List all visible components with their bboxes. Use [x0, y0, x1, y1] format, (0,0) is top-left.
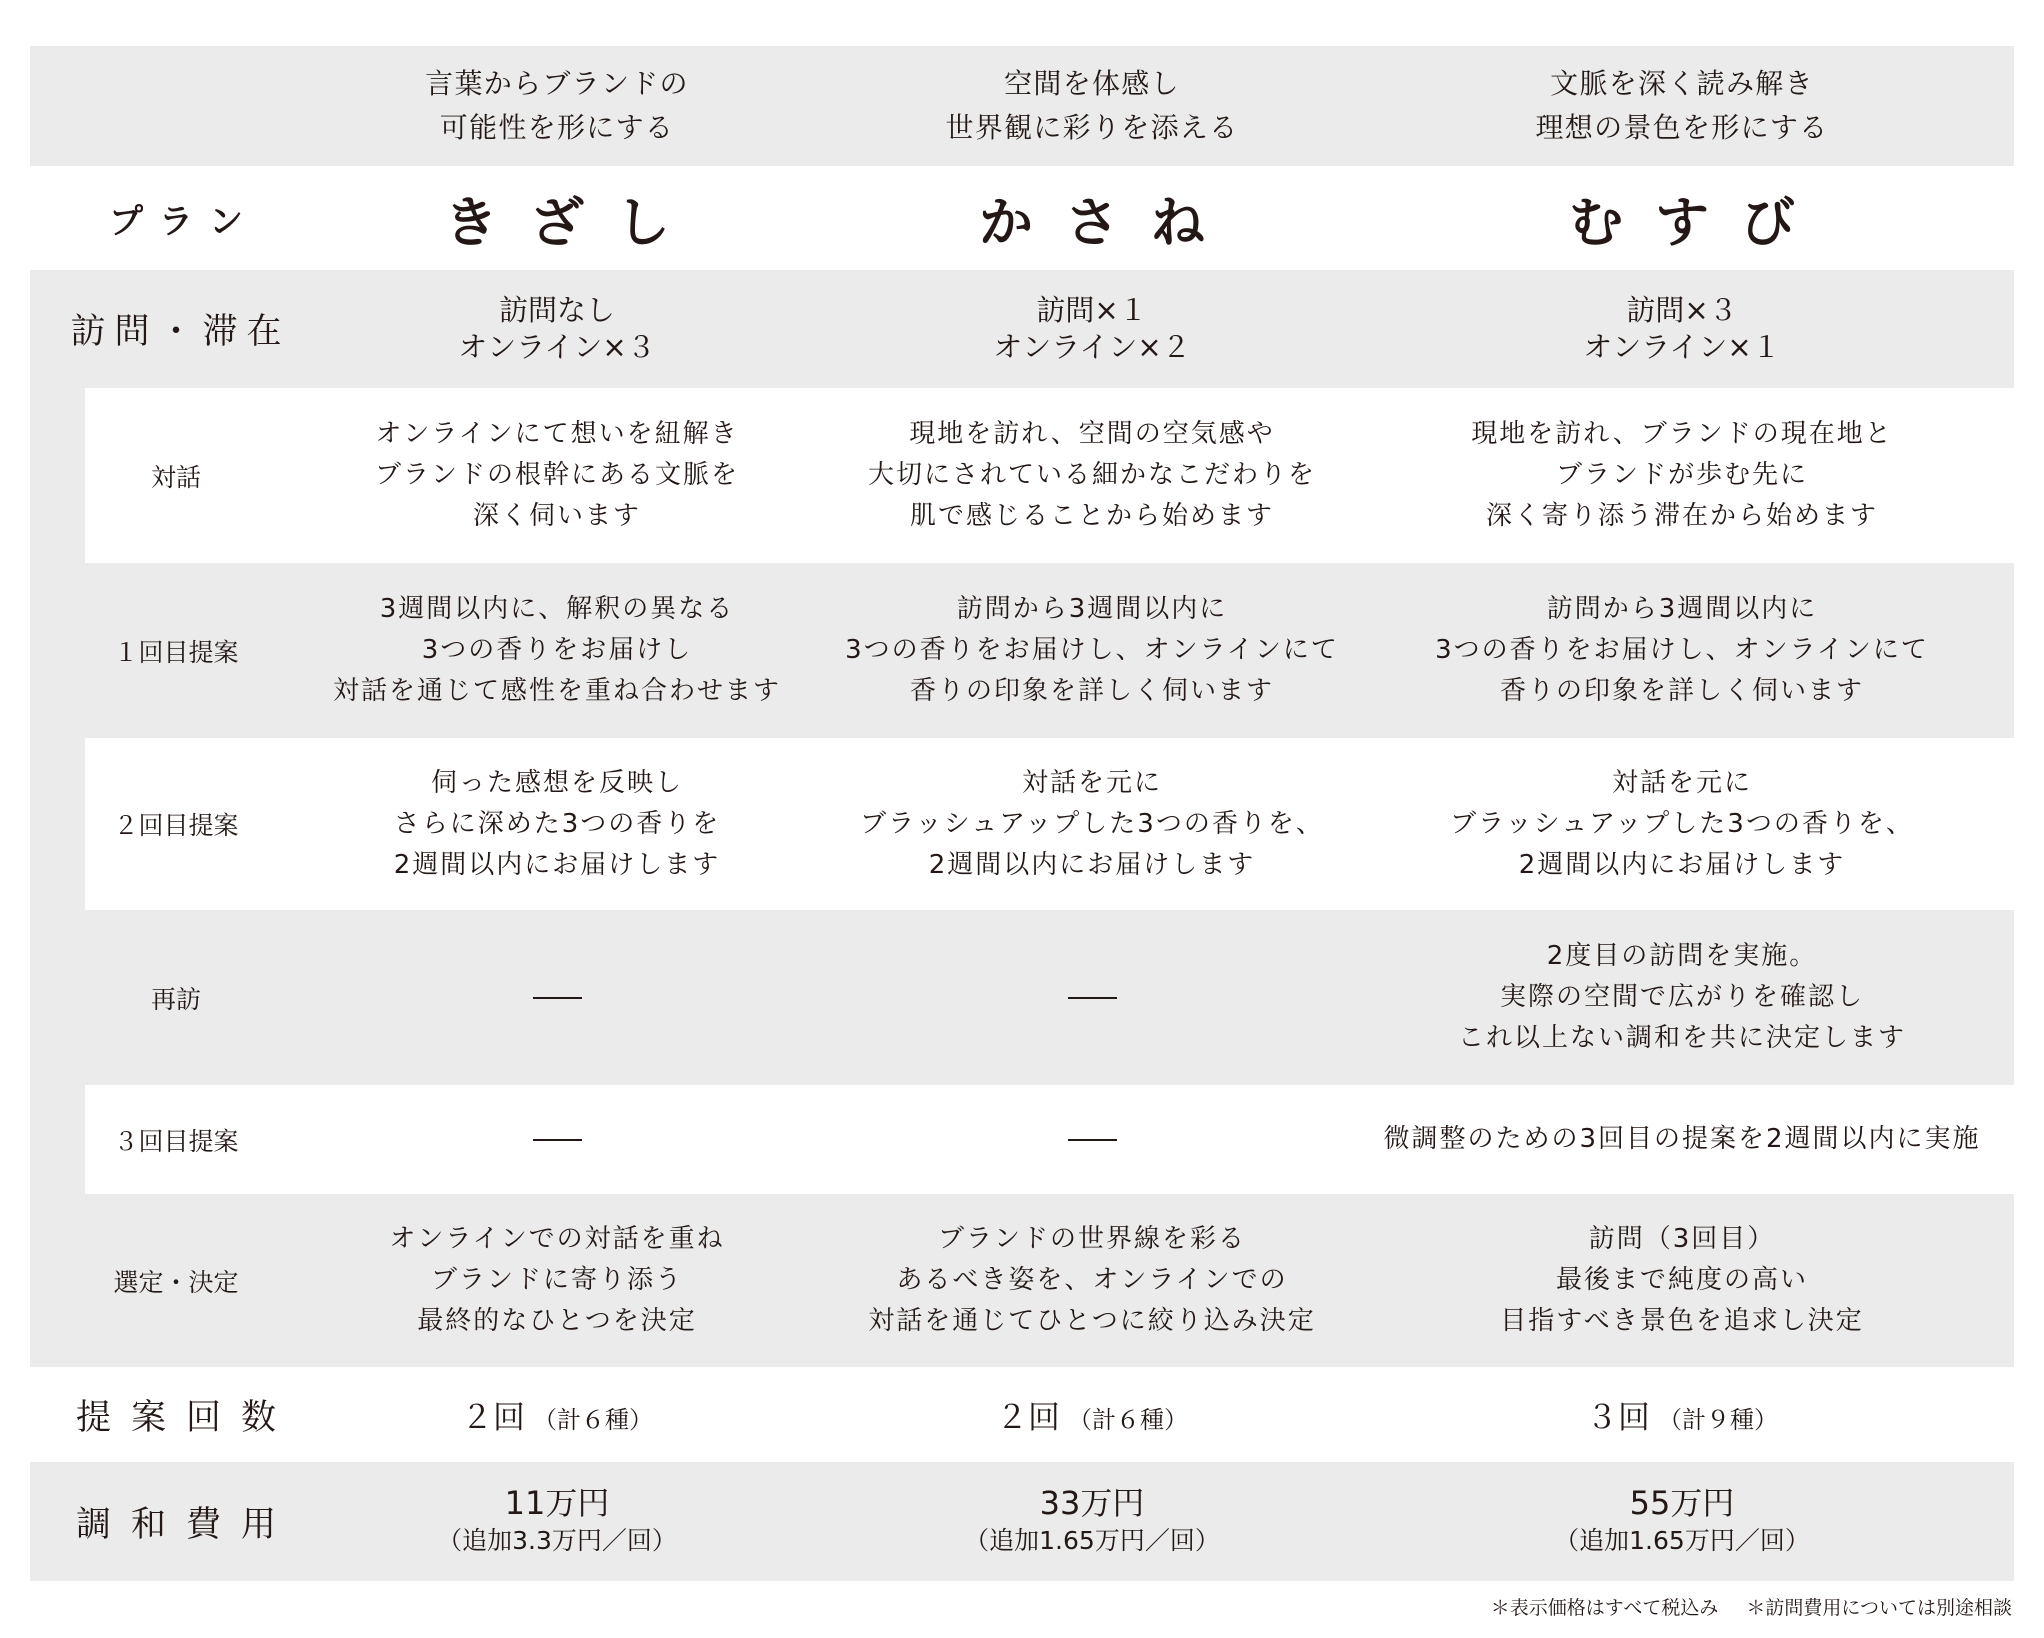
plan-name-musubi: むすび [1537, 180, 1827, 257]
cell-line: 対話を通じてひとつに絞り込み決定 [868, 1301, 1315, 1342]
step-label: 選定・決定 [113, 1263, 238, 1299]
not-included-dash: — [1068, 997, 1117, 999]
cell-line: 3つの香りをお届けし、オンラインにて [845, 630, 1339, 671]
fee-kasane: 33万円 （追加1.65万円／回） [792, 1462, 1392, 1581]
plan-comparison-table: 言葉からブランドの 可能性を形にする 空間を体感し 世界観に彩りを添える 文脈を… [30, 46, 2014, 1581]
count-main: ２回 [996, 1392, 1060, 1438]
step-cell-kasane: 訪問から3週間以内に 3つの香りをお届けし、オンラインにて 香りの印象を詳しく伺… [792, 563, 1392, 738]
visit-line: オンライン×２ [993, 329, 1190, 366]
step-cell-musubi: 2度目の訪問を実施。 実際の空間で広がりを確認し これ以上ない調和を共に決定しま… [1392, 910, 1972, 1085]
count-sub: （計９種） [1658, 1400, 1778, 1435]
step-cell-kizashi: 3週間以内に、解釈の異なる 3つの香りをお届けし 対話を通じて感性を重ね合わせま… [322, 563, 792, 738]
step-label: ３回目提案 [113, 1122, 238, 1158]
visit-line: オンライン×３ [458, 329, 655, 366]
header-row: 言葉からブランドの 可能性を形にする 空間を体感し 世界観に彩りを添える 文脈を… [30, 46, 2014, 166]
step-cell-kizashi: — [322, 910, 792, 1085]
fee-price: 11万円 [505, 1484, 610, 1523]
cell-line: オンラインにて想いを紐解き [375, 414, 738, 455]
footnotes: ＊表示価格はすべて税込み ＊訪問費用については別途相談 [1491, 1593, 2012, 1620]
cell-line: 3つの香りをお届けし [422, 630, 693, 671]
proposal-count-kasane: ２回 （計６種） [792, 1367, 1392, 1462]
cell-line: ブラッシュアップした3つの香りを、 [1450, 804, 1914, 845]
count-main: ２回 [461, 1392, 525, 1438]
step-row-selection: 選定・決定 オンラインでの対話を重ね ブランドに寄り添う 最終的なひとつを決定 … [30, 1194, 2014, 1367]
proposal-count-label: 提案回数 [56, 1390, 296, 1440]
tagline-line: 文脈を深く読み解き [1550, 62, 1814, 106]
fee-musubi: 55万円 （追加1.65万円／回） [1392, 1462, 1972, 1581]
header-empty-cell [30, 46, 322, 166]
step-cell-kasane: ブランドの世界線を彩る あるべき姿を、オンラインでの 対話を通じてひとつに絞り込… [792, 1194, 1392, 1367]
footnote-tax: ＊表示価格はすべて税込み [1491, 1593, 1719, 1620]
step-cell-kizashi: — [322, 1085, 792, 1194]
tagline-line: 世界観に彩りを添える [945, 106, 1238, 150]
step-row-dialogue: 対話 オンラインにて想いを紐解き ブランドの根幹にある文脈を 深く伺います 現地… [30, 388, 2014, 563]
plan-name-kizashi: きざし [412, 180, 702, 257]
cell-line: 肌で感じることから始めます [910, 496, 1274, 537]
cell-line: 香りの印象を詳しく伺います [910, 671, 1274, 712]
cell-line: 深く伺います [473, 496, 641, 537]
step-cell-kizashi: オンラインでの対話を重ね ブランドに寄り添う 最終的なひとつを決定 [322, 1194, 792, 1367]
cell-line: これ以上ない調和を共に決定します [1458, 1018, 1906, 1059]
fee-price: 33万円 [1040, 1484, 1145, 1523]
count-main: ３回 [1586, 1392, 1650, 1438]
plan-row: プラン きざし かさね むすび [30, 166, 2014, 270]
visit-line: 訪問×１ [1036, 292, 1147, 329]
tagline-line: 理想の景色を形にする [1535, 106, 1828, 150]
tagline-line: 空間を体感し [1004, 62, 1180, 106]
not-included-dash: — [533, 997, 582, 999]
fee-additional: （追加1.65万円／回） [964, 1523, 1220, 1559]
footnote-visit-cost: ＊訪問費用については別途相談 [1746, 1593, 2012, 1620]
not-included-dash: — [1068, 1139, 1117, 1141]
cell-line: 目指すべき景色を追求し決定 [1500, 1301, 1863, 1342]
step-cell-musubi: 現地を訪れ、ブランドの現在地と ブランドが歩む先に 深く寄り添う滞在から始めます [1392, 388, 1972, 563]
cell-line: オンラインでの対話を重ね [389, 1219, 724, 1260]
step-label: １回目提案 [113, 633, 238, 669]
step-row-revisit: 再訪 — — 2度目の訪問を実施。 実際の空間で広がりを確認し これ以上ない調和… [30, 910, 2014, 1085]
step-cell-musubi: 訪問（3回目） 最後まで純度の高い 目指すべき景色を追求し決定 [1392, 1194, 1972, 1367]
step-row-first-proposal: １回目提案 3週間以内に、解釈の異なる 3つの香りをお届けし 対話を通じて感性を… [30, 563, 2014, 738]
fee-price: 55万円 [1630, 1484, 1735, 1523]
fee-kizashi: 11万円 （追加3.3万円／回） [322, 1462, 792, 1581]
cell-line: ブランドの根幹にある文脈を [375, 455, 739, 496]
cell-line: ブラッシュアップした3つの香りを、 [860, 804, 1324, 845]
cell-line: 香りの印象を詳しく伺います [1500, 671, 1864, 712]
visit-row: 訪問・滞在 訪問なし オンライン×３ 訪問×１ オンライン×２ 訪問×３ オンラ… [30, 270, 2014, 388]
fee-additional: （追加3.3万円／回） [437, 1523, 677, 1559]
visit-row-label: 訪問・滞在 [61, 304, 290, 354]
step-cell-kasane: 現地を訪れ、空間の空気感や 大切にされている細かなこだわりを 肌で感じることから… [792, 388, 1392, 563]
proposal-count-row: 提案回数 ２回 （計６種） ２回 （計６種） ３回 （計９種） [30, 1367, 2014, 1462]
step-label: ２回目提案 [113, 806, 238, 842]
visit-line: 訪問×３ [1626, 292, 1737, 329]
cell-line: 現地を訪れ、空間の空気感や [909, 414, 1275, 455]
step-cell-kasane: 対話を元に ブラッシュアップした3つの香りを、 2週間以内にお届けします [792, 738, 1392, 910]
cell-line: 訪問（3回目） [1589, 1219, 1776, 1260]
cell-line: 対話を元に [1022, 763, 1162, 804]
cell-line: 実際の空間で広がりを確認し [1500, 977, 1864, 1018]
tagline-kasane: 空間を体感し 世界観に彩りを添える [792, 46, 1392, 166]
cell-line: 対話を通じて感性を重ね合わせます [333, 671, 781, 712]
plan-row-label: プラン [93, 194, 259, 243]
tagline-kizashi: 言葉からブランドの 可能性を形にする [322, 46, 792, 166]
cell-line: 2度目の訪問を実施。 [1547, 936, 1818, 977]
tagline-line: 可能性を形にする [440, 106, 674, 150]
visit-kasane: 訪問×１ オンライン×２ [792, 270, 1392, 388]
visit-line: オンライン×１ [1583, 329, 1780, 366]
step-cell-kizashi: オンラインにて想いを紐解き ブランドの根幹にある文脈を 深く伺います [322, 388, 792, 563]
cell-line: 深く寄り添う滞在から始めます [1486, 496, 1878, 537]
cell-line: 2週間以内にお届けします [929, 845, 1256, 886]
cell-line: 最終的なひとつを決定 [417, 1301, 696, 1342]
cell-line: 最後まで純度の高い [1556, 1260, 1808, 1301]
cell-line: 現地を訪れ、ブランドの現在地と [1471, 414, 1893, 455]
proposal-count-kizashi: ２回 （計６種） [322, 1367, 792, 1462]
cell-line: 訪問から3週間以内に [957, 589, 1228, 630]
visit-line: 訪問なし [499, 292, 615, 329]
cell-line: ブランドが歩む先に [1556, 455, 1808, 496]
fee-label: 調和費用 [56, 1497, 296, 1547]
step-cell-musubi: 訪問から3週間以内に 3つの香りをお届けし、オンラインにて 香りの印象を詳しく伺… [1392, 563, 1972, 738]
step-cell-kasane: — [792, 1085, 1392, 1194]
step-cell-musubi: 微調整のための3回目の提案を2週間以内に実施 [1392, 1085, 1972, 1194]
cell-line: 伺った感想を反映し [431, 763, 683, 804]
step-cell-kasane: — [792, 910, 1392, 1085]
fee-row: 調和費用 11万円 （追加3.3万円／回） 33万円 （追加1.65万円／回） … [30, 1462, 2014, 1581]
count-sub: （計６種） [1068, 1400, 1188, 1435]
cell-line: 訪問から3週間以内に [1547, 589, 1818, 630]
step-cell-kizashi: 伺った感想を反映し さらに深めた3つの香りを 2週間以内にお届けします [322, 738, 792, 910]
not-included-dash: — [533, 1139, 582, 1141]
cell-line: 微調整のための3回目の提案を2週間以内に実施 [1383, 1119, 1980, 1160]
cell-line: 大切にされている細かなこだわりを [868, 455, 1316, 496]
cell-line: 3週間以内に、解釈の異なる [380, 589, 735, 630]
plan-name-kasane: かさね [947, 180, 1237, 257]
visit-musubi: 訪問×３ オンライン×１ [1392, 270, 1972, 388]
step-row-second-proposal: ２回目提案 伺った感想を反映し さらに深めた3つの香りを 2週間以内にお届けしま… [30, 738, 2014, 910]
cell-line: 2週間以内にお届けします [394, 845, 721, 886]
cell-line: ブランドの世界線を彩る [938, 1219, 1246, 1260]
step-cell-musubi: 対話を元に ブラッシュアップした3つの香りを、 2週間以内にお届けします [1392, 738, 1972, 910]
cell-line: ブランドに寄り添う [431, 1260, 683, 1301]
count-sub: （計６種） [533, 1400, 653, 1435]
tagline-musubi: 文脈を深く読み解き 理想の景色を形にする [1392, 46, 1972, 166]
fee-additional: （追加1.65万円／回） [1554, 1523, 1810, 1559]
proposal-count-musubi: ３回 （計９種） [1392, 1367, 1972, 1462]
cell-line: 3つの香りをお届けし、オンラインにて [1435, 630, 1929, 671]
visit-kizashi: 訪問なし オンライン×３ [322, 270, 792, 388]
step-label: 再訪 [151, 980, 201, 1016]
tagline-line: 言葉からブランドの [425, 62, 689, 106]
cell-line: あるべき姿を、オンラインでの [896, 1260, 1287, 1301]
cell-line: さらに深めた3つの香りを [394, 804, 721, 845]
step-label: 対話 [151, 458, 201, 494]
step-row-third-proposal: ３回目提案 — — 微調整のための3回目の提案を2週間以内に実施 [30, 1085, 2014, 1194]
cell-line: 対話を元に [1612, 763, 1752, 804]
cell-line: 2週間以内にお届けします [1519, 845, 1846, 886]
